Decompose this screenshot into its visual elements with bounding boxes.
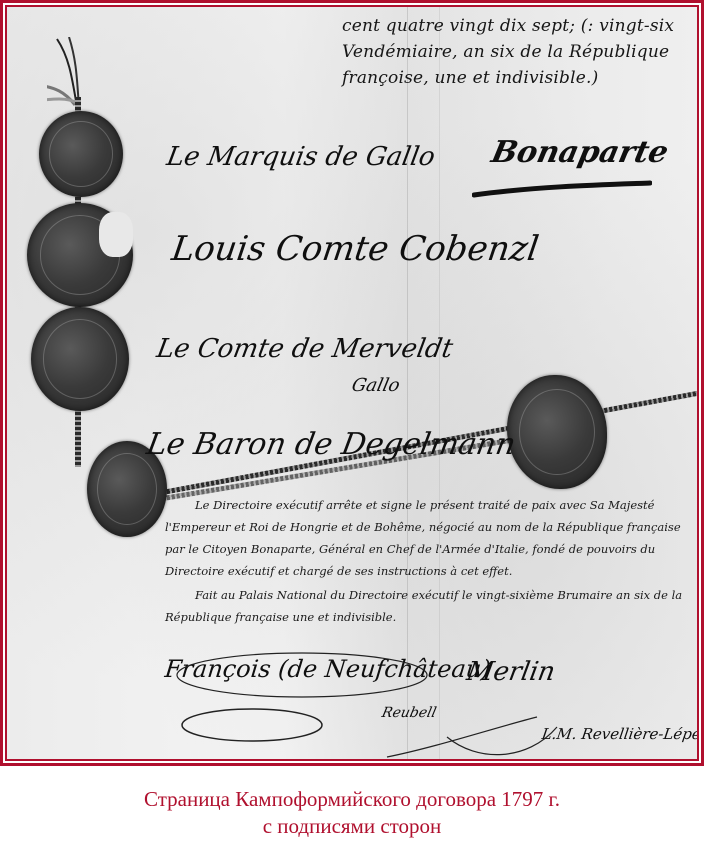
text-line: cent quatre vingt dix sept; (: vingt-six [342,13,674,39]
wax-seal-icon [31,307,129,411]
text-line: Vendémiaire, an six de la République [342,39,674,65]
signature-degelmann: Le Baron de Degelmann [144,427,518,462]
signature-cobenzl: Louis Comte Cobenzl [169,229,541,269]
text-line: françoise, une et indivisible.) [342,65,674,91]
signature-merlin: Merlin [464,657,557,687]
signature-marquis-de-gallo: Le Marquis de Gallo [164,142,437,172]
seal-damage [99,212,133,257]
document-image-frame: cent quatre vingt dix sept; (: vingt-six… [0,0,704,766]
caption-line: Страница Кампоформийского договора 1797 … [0,786,704,813]
paragraph: Fait au Palais National du Directoire ex… [165,584,695,628]
paragraph: Le Directoire exécutif arrête et signe l… [165,494,695,582]
wax-seal-icon [39,111,123,197]
caption-line: с подписями сторон [0,813,704,840]
treaty-date-text: cent quatre vingt dix sept; (: vingt-six… [342,13,674,91]
wax-seal-icon [507,375,607,489]
signature-flourish-icon [377,707,597,761]
treaty-body-text: Le Directoire exécutif arrête et signe l… [165,494,695,630]
signature-bonaparte: Bonaparte [488,135,671,170]
signature-gallo: Gallo [350,375,402,396]
signature-merveldt: Le Comte de Merveldt [154,334,455,364]
cord-tassel-icon [47,37,87,107]
signature-underline-icon [472,179,652,199]
document-photo: cent quatre vingt dix sept; (: vingt-six… [5,5,699,761]
image-caption: Страница Кампоформийского договора 1797 … [0,786,704,840]
